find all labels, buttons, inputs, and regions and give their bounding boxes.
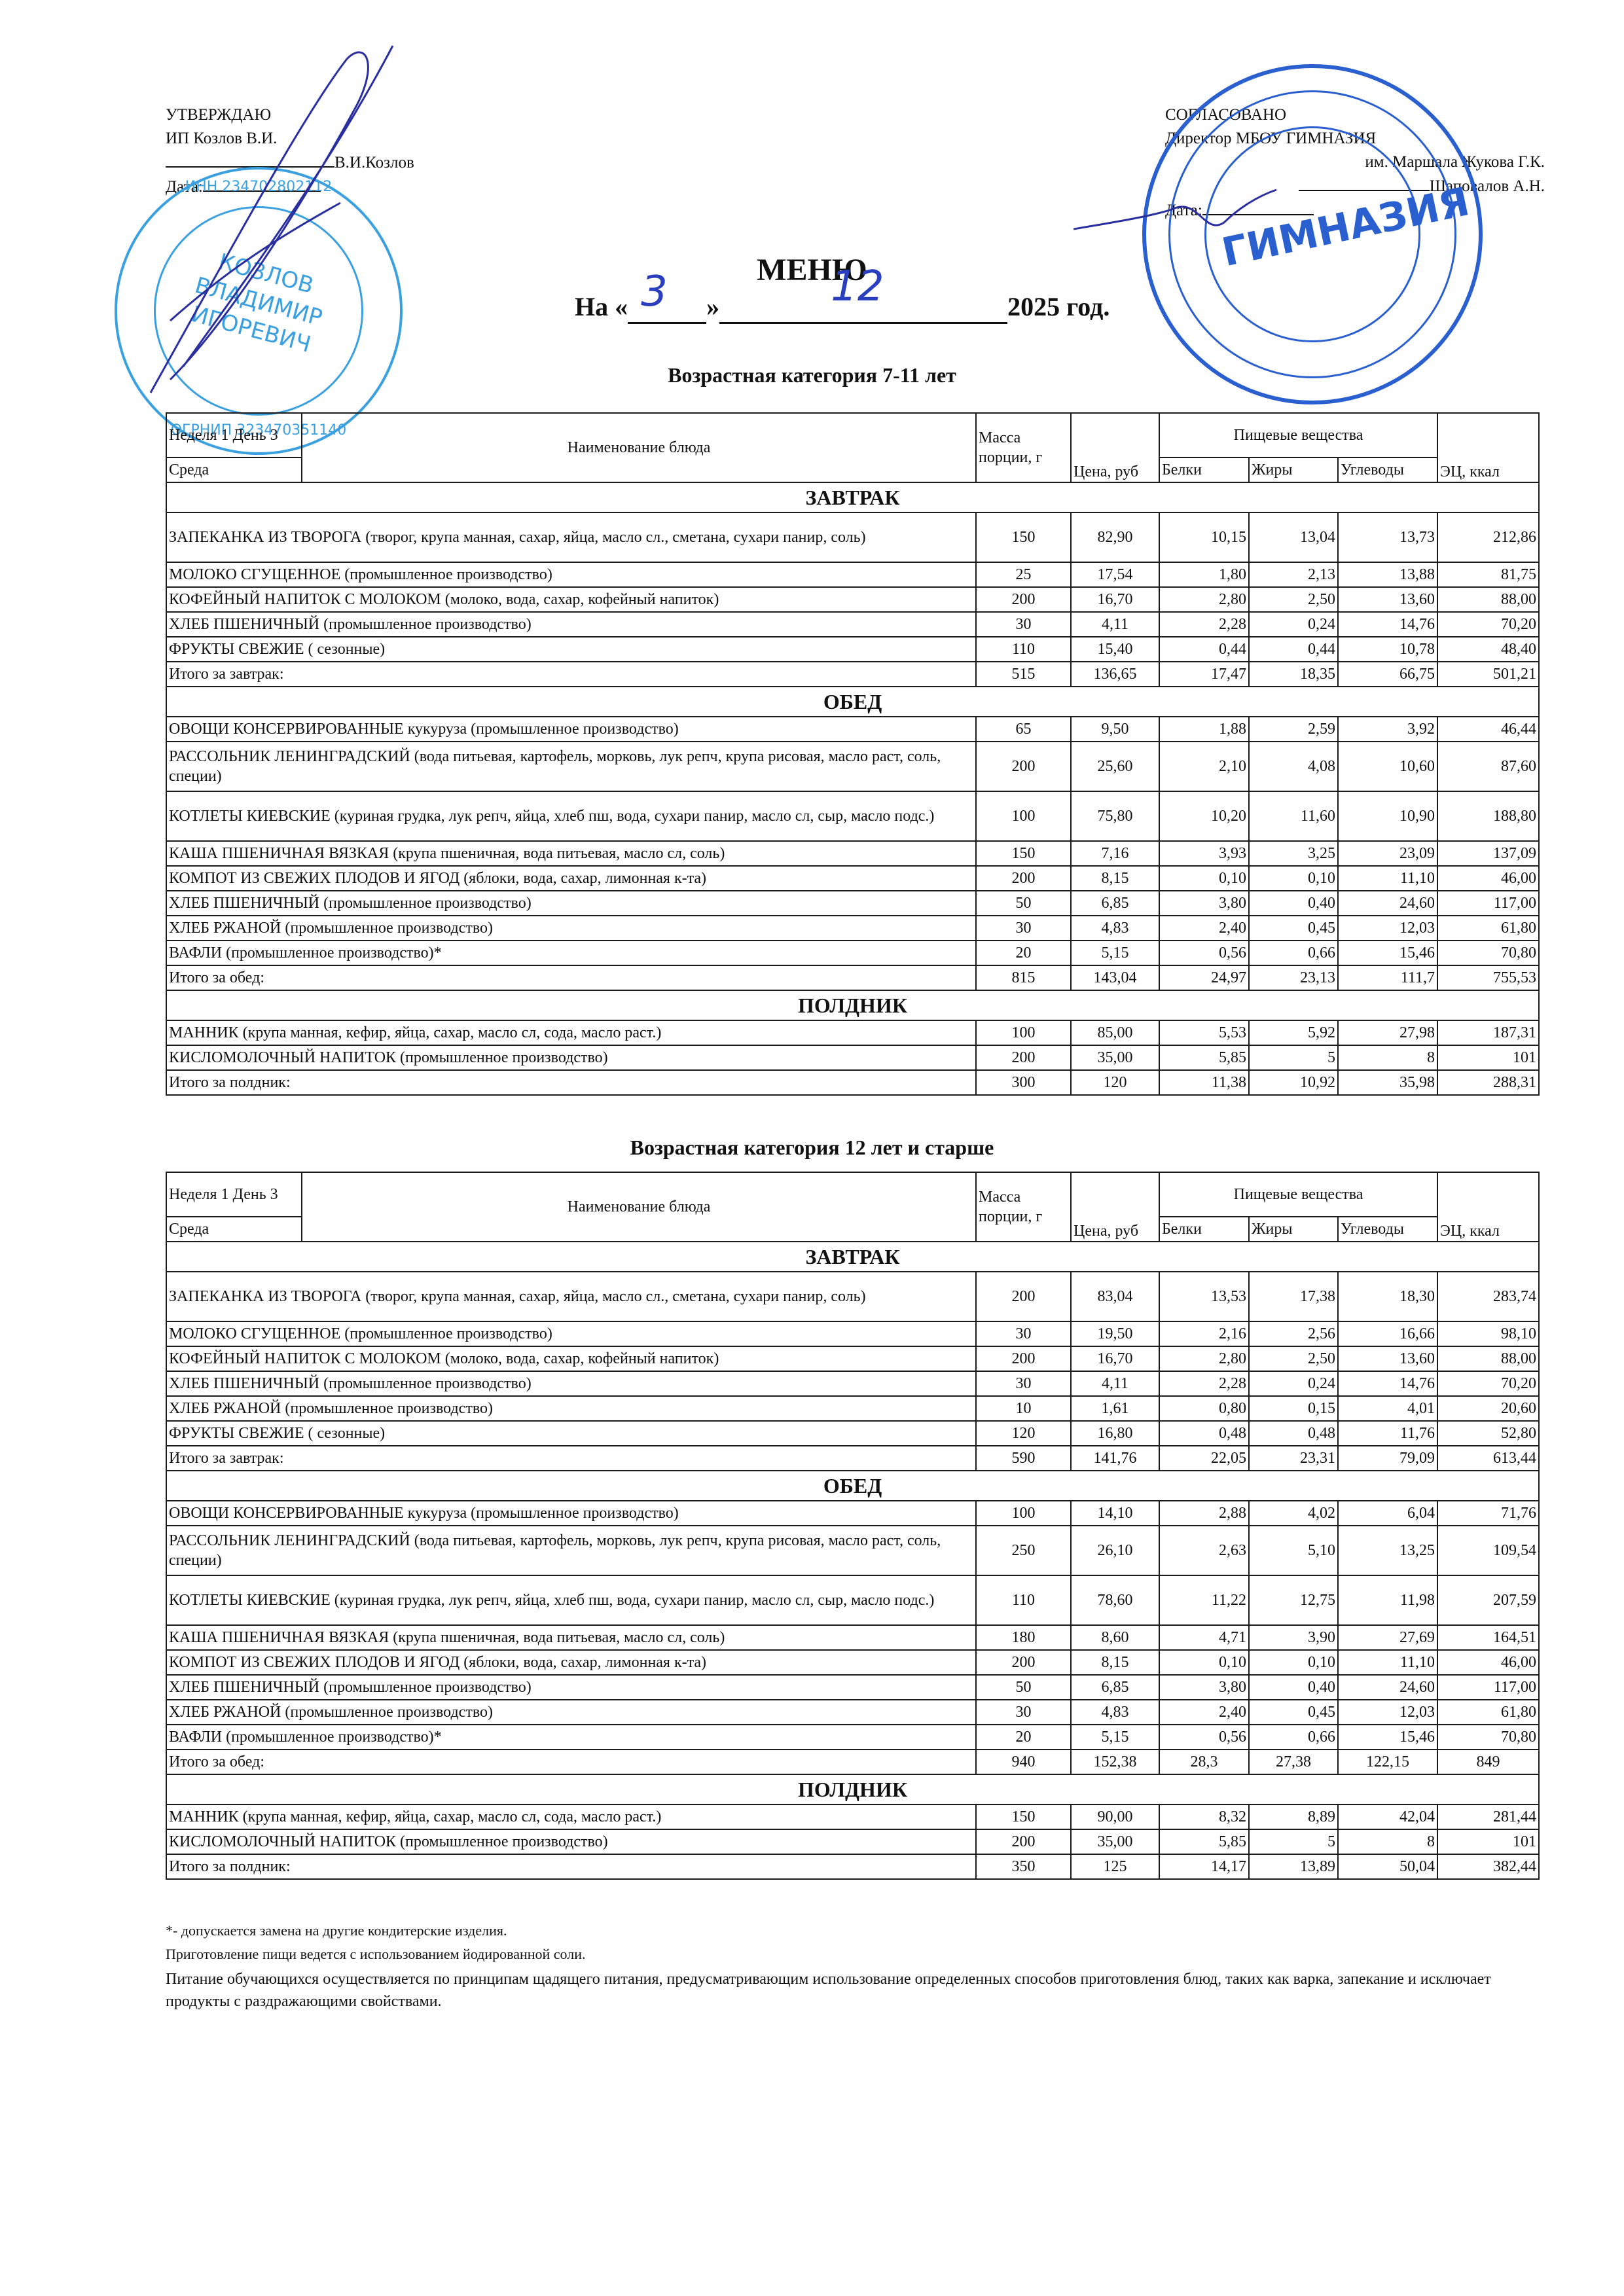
protein-cell: 5,85 xyxy=(1159,1829,1249,1854)
table-row: ФРУКТЫ СВЕЖИЕ ( сезонные)11015,400,440,4… xyxy=(166,637,1539,662)
carbs-cell: 12,03 xyxy=(1338,916,1437,941)
mass-cell: 100 xyxy=(976,1501,1071,1526)
price-cell: 6,85 xyxy=(1071,891,1159,916)
agree-position-cont: им. Маршала Жукова Г.К. xyxy=(1165,151,1545,174)
fat-cell: 12,75 xyxy=(1249,1575,1338,1625)
footnote-salt: Приготовление пищи ведется с использован… xyxy=(166,1945,1540,1964)
table-row: ХЛЕБ ПШЕНИЧНЫЙ (промышленное производств… xyxy=(166,1675,1539,1700)
total-label: Итого за полдник: xyxy=(166,1070,976,1095)
fat-cell: 0,45 xyxy=(1249,916,1338,941)
kcal-cell: 117,00 xyxy=(1437,1675,1539,1700)
section-title: ОБЕД xyxy=(166,1471,1539,1501)
mass-cell: 200 xyxy=(976,1045,1071,1070)
footer-notes: *- допускается замена на другие кондитер… xyxy=(166,1921,1540,2013)
dish-name: МАННИК (крупа манная, кефир, яйца, сахар… xyxy=(166,1020,976,1045)
carbs-cell: 6,04 xyxy=(1338,1501,1437,1526)
agree-heading: СОГЛАСОВАНО xyxy=(1165,103,1545,127)
dish-name: МОЛОКО СГУЩЕННОЕ (промышленное производс… xyxy=(166,1321,976,1346)
protein-cell: 0,10 xyxy=(1159,1650,1249,1675)
section-title: ЗАВТРАК xyxy=(166,482,1539,512)
mass-cell: 65 xyxy=(976,717,1071,742)
mass-cell: 300 xyxy=(976,1070,1071,1095)
kcal-cell: 61,80 xyxy=(1437,916,1539,941)
date-month-field: 12 xyxy=(719,291,1007,324)
kcal-cell: 61,80 xyxy=(1437,1700,1539,1725)
fat-cell: 0,48 xyxy=(1249,1421,1338,1446)
total-row: Итого за полдник:30012011,3810,9235,9828… xyxy=(166,1070,1539,1095)
fat-cell: 5 xyxy=(1249,1829,1338,1854)
dish-name: КОМПОТ ИЗ СВЕЖИХ ПЛОДОВ И ЯГОД (яблоки, … xyxy=(166,866,976,891)
fat-cell: 0,10 xyxy=(1249,866,1338,891)
kcal-cell: 81,75 xyxy=(1437,562,1539,587)
table-row: МОЛОКО СГУЩЕННОЕ (промышленное производс… xyxy=(166,1321,1539,1346)
table-row: КОМПОТ ИЗ СВЕЖИХ ПЛОДОВ И ЯГОД (яблоки, … xyxy=(166,866,1539,891)
carbs-cell: 122,15 xyxy=(1338,1749,1437,1774)
date-day-field: 3 xyxy=(628,291,706,324)
protein-cell: 5,85 xyxy=(1159,1045,1249,1070)
mass-cell: 940 xyxy=(976,1749,1071,1774)
section-title: ПОЛДНИК xyxy=(166,1774,1539,1804)
dish-name: ХЛЕБ РЖАНОЙ (промышленное производство) xyxy=(166,916,976,941)
date-day: 3 xyxy=(641,268,668,316)
fat-cell: 13,89 xyxy=(1249,1854,1338,1879)
fat-cell: 0,66 xyxy=(1249,1725,1338,1749)
carbs-cell: 13,60 xyxy=(1338,587,1437,612)
carbs-cell: 13,25 xyxy=(1338,1526,1437,1575)
carbs-cell: 13,60 xyxy=(1338,1346,1437,1371)
price-cell: 120 xyxy=(1071,1070,1159,1095)
fat-cell: 11,60 xyxy=(1249,791,1338,841)
mass-cell: 50 xyxy=(976,891,1071,916)
agree-signer: Шаповалов А.Н. xyxy=(1430,177,1545,195)
price-cell: 136,65 xyxy=(1071,662,1159,687)
kcal-cell: 281,44 xyxy=(1437,1804,1539,1829)
dish-name: КОФЕЙНЫЙ НАПИТОК С МОЛОКОМ (молоко, вода… xyxy=(166,587,976,612)
price-cell: 78,60 xyxy=(1071,1575,1159,1625)
total-row: Итого за полдник:35012514,1713,8950,0438… xyxy=(166,1854,1539,1879)
carbs-cell: 13,88 xyxy=(1338,562,1437,587)
carbs-cell: 13,73 xyxy=(1338,512,1437,562)
price-cell: 35,00 xyxy=(1071,1045,1159,1070)
total-label: Итого за обед: xyxy=(166,965,976,990)
table-row: КАША ПШЕНИЧНАЯ ВЯЗКАЯ (крупа пшеничная, … xyxy=(166,1625,1539,1650)
date-prefix: На « xyxy=(575,292,628,321)
table-row: МОЛОКО СГУЩЕННОЕ (промышленное производс… xyxy=(166,562,1539,587)
protein-cell: 0,48 xyxy=(1159,1421,1249,1446)
mass-cell: 110 xyxy=(976,637,1071,662)
price-cell: 85,00 xyxy=(1071,1020,1159,1045)
price-cell: 141,76 xyxy=(1071,1446,1159,1471)
table-row: МАННИК (крупа манная, кефир, яйца, сахар… xyxy=(166,1804,1539,1829)
kcal-cell: 117,00 xyxy=(1437,891,1539,916)
category-title-12-plus: Возрастная категория 12 лет и старше xyxy=(0,1136,1624,1160)
protein-cell: 22,05 xyxy=(1159,1446,1249,1471)
kcal-cell: 46,00 xyxy=(1437,866,1539,891)
energy-header: ЭЦ, ккал xyxy=(1437,1172,1539,1242)
mass-cell: 20 xyxy=(976,1725,1071,1749)
carbs-cell: 11,10 xyxy=(1338,1650,1437,1675)
kcal-cell: 52,80 xyxy=(1437,1421,1539,1446)
section-title: ОБЕД xyxy=(166,687,1539,717)
dish-name: ОВОЩИ КОНСЕРВИРОВАННЫЕ кукуруза (промышл… xyxy=(166,717,976,742)
price-header: Цена, руб xyxy=(1071,1172,1159,1242)
mass-cell: 100 xyxy=(976,1020,1071,1045)
dish-name: ХЛЕБ ПШЕНИЧНЫЙ (промышленное производств… xyxy=(166,1675,976,1700)
dish-name: КОТЛЕТЫ КИЕВСКИЕ (куриная грудка, лук ре… xyxy=(166,1575,976,1625)
price-header: Цена, руб xyxy=(1071,413,1159,482)
price-cell: 4,83 xyxy=(1071,1700,1159,1725)
dish-name: ХЛЕБ РЖАНОЙ (промышленное производство) xyxy=(166,1396,976,1421)
price-cell: 1,61 xyxy=(1071,1396,1159,1421)
kcal-cell: 46,00 xyxy=(1437,1650,1539,1675)
table-row: ОВОЩИ КОНСЕРВИРОВАННЫЕ кукуруза (промышл… xyxy=(166,717,1539,742)
kcal-cell: 101 xyxy=(1437,1829,1539,1854)
table-row: КОТЛЕТЫ КИЕВСКИЕ (куриная грудка, лук ре… xyxy=(166,1575,1539,1625)
price-cell: 8,15 xyxy=(1071,1650,1159,1675)
protein-cell: 2,80 xyxy=(1159,1346,1249,1371)
total-row: Итого за обед:940152,3828,327,38122,1584… xyxy=(166,1749,1539,1774)
table-row: ОВОЩИ КОНСЕРВИРОВАННЫЕ кукуруза (промышл… xyxy=(166,1501,1539,1526)
carbs-cell: 23,09 xyxy=(1338,841,1437,866)
kcal-cell: 382,44 xyxy=(1437,1854,1539,1879)
carbs-cell: 8 xyxy=(1338,1829,1437,1854)
mass-cell: 120 xyxy=(976,1421,1071,1446)
kcal-cell: 98,10 xyxy=(1437,1321,1539,1346)
total-row: Итого за завтрак:590141,7622,0523,3179,0… xyxy=(166,1446,1539,1471)
price-cell: 152,38 xyxy=(1071,1749,1159,1774)
table-row: ХЛЕБ ПШЕНИЧНЫЙ (промышленное производств… xyxy=(166,1371,1539,1396)
carbs-cell: 14,76 xyxy=(1338,612,1437,637)
price-cell: 75,80 xyxy=(1071,791,1159,841)
week-day-header: Неделя 1 День 3 xyxy=(166,413,302,457)
carbs-cell: 27,98 xyxy=(1338,1020,1437,1045)
dish-name: МОЛОКО СГУЩЕННОЕ (промышленное производс… xyxy=(166,562,976,587)
price-cell: 25,60 xyxy=(1071,742,1159,791)
price-cell: 7,16 xyxy=(1071,841,1159,866)
fat-cell: 0,45 xyxy=(1249,1700,1338,1725)
fat-cell: 0,24 xyxy=(1249,612,1338,637)
dish-name: ХЛЕБ ПШЕНИЧНЫЙ (промышленное производств… xyxy=(166,891,976,916)
mass-cell: 150 xyxy=(976,512,1071,562)
total-label: Итого за обед: xyxy=(166,1749,976,1774)
protein-header: Белки xyxy=(1159,457,1249,482)
fat-cell: 4,08 xyxy=(1249,742,1338,791)
weekday-name-header: Среда xyxy=(166,457,302,482)
kcal-cell: 188,80 xyxy=(1437,791,1539,841)
carbs-cell: 3,92 xyxy=(1338,717,1437,742)
footnote-substitution: *- допускается замена на другие кондитер… xyxy=(166,1921,1540,1941)
fat-cell: 2,59 xyxy=(1249,717,1338,742)
dish-name: ВАФЛИ (промышленное производство)* xyxy=(166,941,976,965)
fat-cell: 5,92 xyxy=(1249,1020,1338,1045)
table-row: ВАФЛИ (промышленное производство)*205,15… xyxy=(166,941,1539,965)
dish-name: ВАФЛИ (промышленное производство)* xyxy=(166,1725,976,1749)
table-row: ФРУКТЫ СВЕЖИЕ ( сезонные)12016,800,480,4… xyxy=(166,1421,1539,1446)
protein-cell: 10,20 xyxy=(1159,791,1249,841)
menu-table-12-plus: Неделя 1 День 3Наименование блюдаМасса п… xyxy=(166,1172,1540,1880)
mass-cell: 200 xyxy=(976,587,1071,612)
section-header-row: ОБЕД xyxy=(166,687,1539,717)
protein-cell: 3,80 xyxy=(1159,1675,1249,1700)
agree-position: Директор МБОУ ГИМНАЗИЯ xyxy=(1165,127,1545,151)
mass-cell: 10 xyxy=(976,1396,1071,1421)
price-cell: 125 xyxy=(1071,1854,1159,1879)
carbs-cell: 12,03 xyxy=(1338,1700,1437,1725)
protein-cell: 8,32 xyxy=(1159,1804,1249,1829)
protein-cell: 2,88 xyxy=(1159,1501,1249,1526)
kcal-cell: 70,20 xyxy=(1437,612,1539,637)
menu-table-7-11: Неделя 1 День 3Наименование блюдаМасса п… xyxy=(166,412,1540,1096)
protein-cell: 1,80 xyxy=(1159,562,1249,587)
signature-scribble-right xyxy=(1074,177,1283,255)
protein-cell: 0,56 xyxy=(1159,1725,1249,1749)
kcal-cell: 48,40 xyxy=(1437,637,1539,662)
price-cell: 83,04 xyxy=(1071,1272,1159,1321)
kcal-cell: 71,76 xyxy=(1437,1501,1539,1526)
fat-cell: 23,13 xyxy=(1249,965,1338,990)
dish-name: КОФЕЙНЫЙ НАПИТОК С МОЛОКОМ (молоко, вода… xyxy=(166,1346,976,1371)
protein-header: Белки xyxy=(1159,1217,1249,1242)
kcal-cell: 207,59 xyxy=(1437,1575,1539,1625)
kcal-cell: 87,60 xyxy=(1437,742,1539,791)
fat-cell: 0,40 xyxy=(1249,1675,1338,1700)
price-cell: 14,10 xyxy=(1071,1501,1159,1526)
dish-name-header: Наименование блюда xyxy=(302,413,976,482)
price-cell: 16,80 xyxy=(1071,1421,1159,1446)
mass-cell: 110 xyxy=(976,1575,1071,1625)
table-row: КОФЕЙНЫЙ НАПИТОК С МОЛОКОМ (молоко, вода… xyxy=(166,1346,1539,1371)
fat-header: Жиры xyxy=(1249,457,1338,482)
dish-name: ЗАПЕКАНКА ИЗ ТВОРОГА (творог, крупа манн… xyxy=(166,512,976,562)
carbs-cell: 24,60 xyxy=(1338,891,1437,916)
protein-cell: 3,80 xyxy=(1159,891,1249,916)
price-cell: 26,10 xyxy=(1071,1526,1159,1575)
total-label: Итого за полдник: xyxy=(166,1854,976,1879)
fat-cell: 10,92 xyxy=(1249,1070,1338,1095)
price-cell: 143,04 xyxy=(1071,965,1159,990)
dish-name: ХЛЕБ РЖАНОЙ (промышленное производство) xyxy=(166,1700,976,1725)
carbs-cell: 15,46 xyxy=(1338,1725,1437,1749)
table-row: ВАФЛИ (промышленное производство)*205,15… xyxy=(166,1725,1539,1749)
mass-cell: 200 xyxy=(976,742,1071,791)
total-row: Итого за завтрак:515136,6517,4718,3566,7… xyxy=(166,662,1539,687)
mass-cell: 20 xyxy=(976,941,1071,965)
kcal-cell: 613,44 xyxy=(1437,1446,1539,1471)
price-cell: 4,11 xyxy=(1071,612,1159,637)
table-row: КАША ПШЕНИЧНАЯ ВЯЗКАЯ (крупа пшеничная, … xyxy=(166,841,1539,866)
mass-cell: 350 xyxy=(976,1854,1071,1879)
carbs-cell: 10,90 xyxy=(1338,791,1437,841)
fat-cell: 2,50 xyxy=(1249,1346,1338,1371)
fat-cell: 0,40 xyxy=(1249,891,1338,916)
dish-name: ХЛЕБ ПШЕНИЧНЫЙ (промышленное производств… xyxy=(166,1371,976,1396)
fat-cell: 5 xyxy=(1249,1045,1338,1070)
date-suffix: 2025 год. xyxy=(1007,292,1110,321)
nutrients-header: Пищевые вещества xyxy=(1159,413,1437,457)
carbs-cell: 4,01 xyxy=(1338,1396,1437,1421)
protein-cell: 11,22 xyxy=(1159,1575,1249,1625)
dish-name: КОТЛЕТЫ КИЕВСКИЕ (куриная грудка, лук ре… xyxy=(166,791,976,841)
kcal-cell: 288,31 xyxy=(1437,1070,1539,1095)
section-title: ПОЛДНИК xyxy=(166,990,1539,1020)
kcal-cell: 164,51 xyxy=(1437,1625,1539,1650)
mass-cell: 200 xyxy=(976,1829,1071,1854)
protein-cell: 0,80 xyxy=(1159,1396,1249,1421)
kcal-cell: 187,31 xyxy=(1437,1020,1539,1045)
kcal-cell: 46,44 xyxy=(1437,717,1539,742)
protein-cell: 2,63 xyxy=(1159,1526,1249,1575)
kcal-cell: 88,00 xyxy=(1437,587,1539,612)
fat-cell: 0,10 xyxy=(1249,1650,1338,1675)
fat-cell: 2,13 xyxy=(1249,562,1338,587)
mass-cell: 150 xyxy=(976,1804,1071,1829)
fat-cell: 0,66 xyxy=(1249,941,1338,965)
mass-cell: 50 xyxy=(976,1675,1071,1700)
table-row: ХЛЕБ ПШЕНИЧНЫЙ (промышленное производств… xyxy=(166,891,1539,916)
table-row: ХЛЕБ РЖАНОЙ (промышленное производство)3… xyxy=(166,916,1539,941)
price-cell: 16,70 xyxy=(1071,587,1159,612)
table-row: РАССОЛЬНИК ЛЕНИНГРАДСКИЙ (вода питьевая,… xyxy=(166,1526,1539,1575)
protein-cell: 2,16 xyxy=(1159,1321,1249,1346)
mass-cell: 815 xyxy=(976,965,1071,990)
protein-cell: 14,17 xyxy=(1159,1854,1249,1879)
kcal-cell: 70,80 xyxy=(1437,1725,1539,1749)
week-day-header: Неделя 1 День 3 xyxy=(166,1172,302,1217)
protein-cell: 2,40 xyxy=(1159,1700,1249,1725)
fat-cell: 2,50 xyxy=(1249,587,1338,612)
fat-cell: 27,38 xyxy=(1249,1749,1338,1774)
kcal-cell: 70,20 xyxy=(1437,1371,1539,1396)
table-row: КИСЛОМОЛОЧНЫЙ НАПИТОК (промышленное прои… xyxy=(166,1045,1539,1070)
table-row: КИСЛОМОЛОЧНЫЙ НАПИТОК (промышленное прои… xyxy=(166,1829,1539,1854)
section-header-row: ПОЛДНИК xyxy=(166,1774,1539,1804)
date-mid: » xyxy=(706,292,719,321)
energy-header: ЭЦ, ккал xyxy=(1437,413,1539,482)
fat-cell: 3,90 xyxy=(1249,1625,1338,1650)
table-row: КОМПОТ ИЗ СВЕЖИХ ПЛОДОВ И ЯГОД (яблоки, … xyxy=(166,1650,1539,1675)
mass-cell: 100 xyxy=(976,791,1071,841)
dish-name: КИСЛОМОЛОЧНЫЙ НАПИТОК (промышленное прои… xyxy=(166,1045,976,1070)
mass-header: Масса порции, г xyxy=(976,413,1071,482)
total-label: Итого за завтрак: xyxy=(166,662,976,687)
dish-name: РАССОЛЬНИК ЛЕНИНГРАДСКИЙ (вода питьевая,… xyxy=(166,742,976,791)
price-cell: 6,85 xyxy=(1071,1675,1159,1700)
price-cell: 5,15 xyxy=(1071,941,1159,965)
carbs-cell: 8 xyxy=(1338,1045,1437,1070)
price-cell: 90,00 xyxy=(1071,1804,1159,1829)
section-header-row: ЗАВТРАК xyxy=(166,482,1539,512)
fat-cell: 23,31 xyxy=(1249,1446,1338,1471)
fat-cell: 2,56 xyxy=(1249,1321,1338,1346)
mass-cell: 200 xyxy=(976,1272,1071,1321)
table-row: МАННИК (крупа манная, кефир, яйца, сахар… xyxy=(166,1020,1539,1045)
date-month: 12 xyxy=(831,262,884,311)
price-cell: 8,60 xyxy=(1071,1625,1159,1650)
protein-cell: 3,93 xyxy=(1159,841,1249,866)
carbs-cell: 111,7 xyxy=(1338,965,1437,990)
protein-cell: 0,44 xyxy=(1159,637,1249,662)
kcal-cell: 501,21 xyxy=(1437,662,1539,687)
fat-cell: 18,35 xyxy=(1249,662,1338,687)
menu-date: На «3 »12 2025 год. xyxy=(575,291,1110,324)
protein-cell: 13,53 xyxy=(1159,1272,1249,1321)
dish-name: ХЛЕБ ПШЕНИЧНЫЙ (промышленное производств… xyxy=(166,612,976,637)
protein-cell: 10,15 xyxy=(1159,512,1249,562)
kcal-cell: 70,80 xyxy=(1437,941,1539,965)
mass-cell: 250 xyxy=(976,1526,1071,1575)
price-cell: 15,40 xyxy=(1071,637,1159,662)
price-cell: 35,00 xyxy=(1071,1829,1159,1854)
dish-name: КАША ПШЕНИЧНАЯ ВЯЗКАЯ (крупа пшеничная, … xyxy=(166,841,976,866)
protein-cell: 2,40 xyxy=(1159,916,1249,941)
table-row: КОТЛЕТЫ КИЕВСКИЕ (куриная грудка, лук ре… xyxy=(166,791,1539,841)
price-cell: 19,50 xyxy=(1071,1321,1159,1346)
dish-name: ФРУКТЫ СВЕЖИЕ ( сезонные) xyxy=(166,1421,976,1446)
protein-cell: 2,28 xyxy=(1159,1371,1249,1396)
kcal-cell: 109,54 xyxy=(1437,1526,1539,1575)
fat-cell: 17,38 xyxy=(1249,1272,1338,1321)
carbs-cell: 24,60 xyxy=(1338,1675,1437,1700)
fat-cell: 0,15 xyxy=(1249,1396,1338,1421)
fat-cell: 0,24 xyxy=(1249,1371,1338,1396)
dish-name: ОВОЩИ КОНСЕРВИРОВАННЫЕ кукуруза (промышл… xyxy=(166,1501,976,1526)
price-cell: 17,54 xyxy=(1071,562,1159,587)
dish-name: РАССОЛЬНИК ЛЕНИНГРАДСКИЙ (вода питьевая,… xyxy=(166,1526,976,1575)
header-row: Неделя 1 День 3Наименование блюдаМасса п… xyxy=(166,413,1539,457)
fat-cell: 8,89 xyxy=(1249,1804,1338,1829)
mass-cell: 200 xyxy=(976,1650,1071,1675)
dish-name-header: Наименование блюда xyxy=(302,1172,976,1242)
dish-name: КИСЛОМОЛОЧНЫЙ НАПИТОК (промышленное прои… xyxy=(166,1829,976,1854)
carbs-cell: 16,66 xyxy=(1338,1321,1437,1346)
mass-cell: 590 xyxy=(976,1446,1071,1471)
mass-cell: 30 xyxy=(976,1321,1071,1346)
kcal-cell: 101 xyxy=(1437,1045,1539,1070)
dish-name: ФРУКТЫ СВЕЖИЕ ( сезонные) xyxy=(166,637,976,662)
section-header-row: ОБЕД xyxy=(166,1471,1539,1501)
signature-line xyxy=(1299,174,1430,191)
mass-cell: 515 xyxy=(976,662,1071,687)
carbs-cell: 18,30 xyxy=(1338,1272,1437,1321)
carbs-cell: 11,98 xyxy=(1338,1575,1437,1625)
protein-cell: 4,71 xyxy=(1159,1625,1249,1650)
mass-cell: 150 xyxy=(976,841,1071,866)
protein-cell: 0,56 xyxy=(1159,941,1249,965)
kcal-cell: 137,09 xyxy=(1437,841,1539,866)
table-row: КОФЕЙНЫЙ НАПИТОК С МОЛОКОМ (молоко, вода… xyxy=(166,587,1539,612)
dish-name: МАННИК (крупа манная, кефир, яйца, сахар… xyxy=(166,1804,976,1829)
price-cell: 82,90 xyxy=(1071,512,1159,562)
mass-cell: 200 xyxy=(976,1346,1071,1371)
mass-header: Масса порции, г xyxy=(976,1172,1071,1242)
kcal-cell: 755,53 xyxy=(1437,965,1539,990)
total-row: Итого за обед:815143,0424,9723,13111,775… xyxy=(166,965,1539,990)
dish-name: КАША ПШЕНИЧНАЯ ВЯЗКАЯ (крупа пшеничная, … xyxy=(166,1625,976,1650)
carbs-cell: 79,09 xyxy=(1338,1446,1437,1471)
protein-cell: 2,28 xyxy=(1159,612,1249,637)
kcal-cell: 88,00 xyxy=(1437,1346,1539,1371)
protein-cell: 17,47 xyxy=(1159,662,1249,687)
dish-name: КОМПОТ ИЗ СВЕЖИХ ПЛОДОВ И ЯГОД (яблоки, … xyxy=(166,1650,976,1675)
carbs-cell: 66,75 xyxy=(1338,662,1437,687)
mass-cell: 30 xyxy=(976,612,1071,637)
kcal-cell: 283,74 xyxy=(1437,1272,1539,1321)
mass-cell: 30 xyxy=(976,1371,1071,1396)
fat-cell: 5,10 xyxy=(1249,1526,1338,1575)
footnote-diet: Питание обучающихся осуществляется по пр… xyxy=(166,1968,1540,2013)
total-label: Итого за завтрак: xyxy=(166,1446,976,1471)
protein-cell: 28,3 xyxy=(1159,1749,1249,1774)
